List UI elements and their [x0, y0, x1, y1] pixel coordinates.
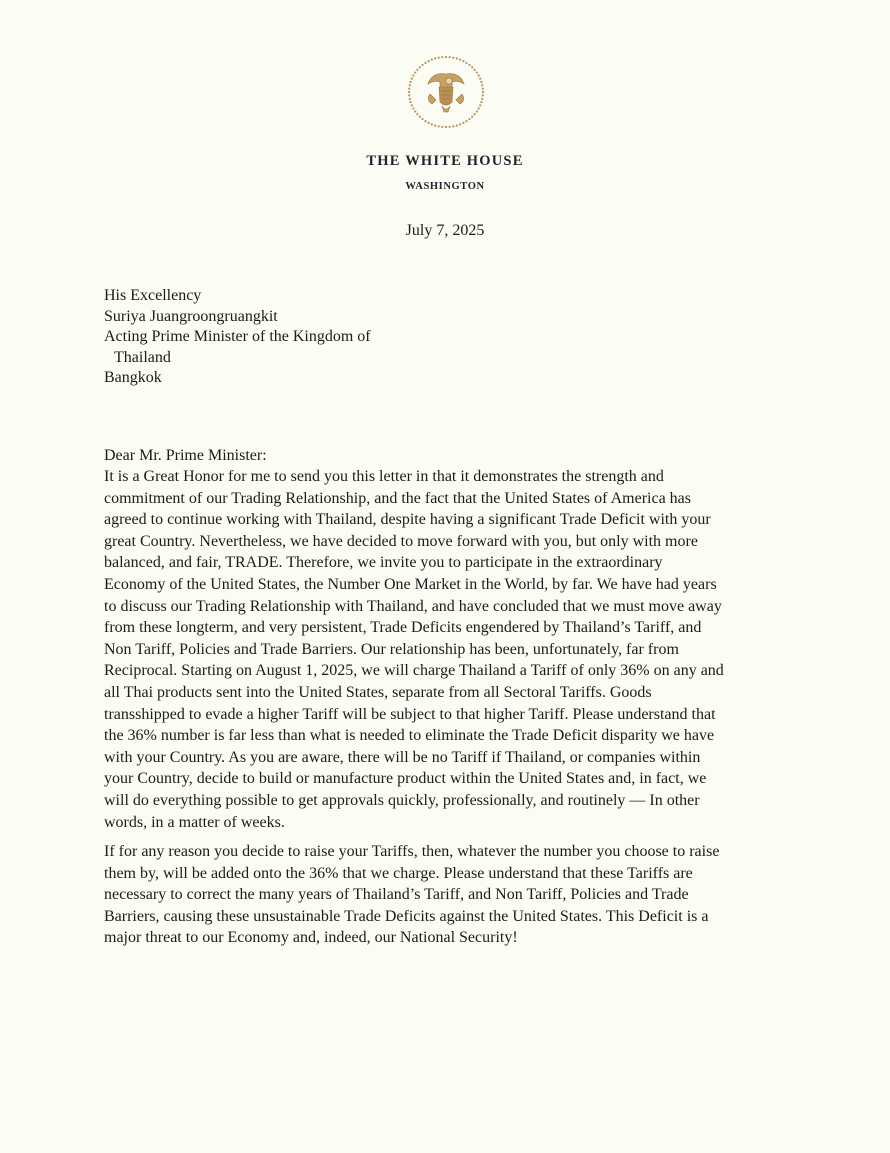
body-line: the 36% number is far less than what is … [104, 725, 824, 747]
salutation: Dear Mr. Prime Minister: [104, 446, 267, 466]
letterhead-title: THE WHITE HOUSE [0, 153, 890, 170]
body-line: commitment of our Trading Relationship, … [104, 488, 824, 510]
body-line: great Country. Nevertheless, we have dec… [104, 531, 824, 553]
body-line: necessary to correct the many years of T… [104, 884, 824, 906]
body-line: If for any reason you decide to raise yo… [104, 841, 824, 863]
body-line: with your Country. As you are aware, the… [104, 747, 824, 769]
body-line: It is a Great Honor for me to send you t… [104, 466, 824, 488]
recipient-name: Suriya Juangroongruangkit [104, 307, 371, 328]
letterhead-subtitle: WASHINGTON [0, 181, 890, 192]
body-line: Barriers, causing these unsustainable Tr… [104, 906, 824, 928]
body-line: all Thai products sent into the United S… [104, 682, 824, 704]
body-line: transshipped to evade a higher Tariff wi… [104, 704, 824, 726]
body-line: to discuss our Trading Relationship with… [104, 596, 824, 618]
body-paragraph-2: If for any reason you decide to raise yo… [104, 841, 824, 949]
body-line: will do everything possible to get appro… [104, 790, 824, 812]
recipient-city: Bangkok [104, 368, 371, 389]
body-line: agreed to continue working with Thailand… [104, 509, 824, 531]
body-line: Reciprocal. Starting on August 1, 2025, … [104, 660, 824, 682]
letter-page: THE WHITE HOUSE WASHINGTON July 7, 2025 … [0, 0, 890, 1153]
recipient-address: His Excellency Suriya Juangroongruangkit… [104, 286, 371, 389]
body-line: balanced, and fair, TRADE. Therefore, we… [104, 552, 824, 574]
letter-date: July 7, 2025 [0, 222, 890, 240]
recipient-title-continued: Thailand [104, 348, 371, 369]
body-line: them by, will be added onto the 36% that… [104, 863, 824, 885]
recipient-title: Acting Prime Minister of the Kingdom of [104, 327, 371, 348]
recipient-honorific: His Excellency [104, 286, 371, 307]
body-paragraph-1: It is a Great Honor for me to send you t… [104, 466, 824, 833]
body-line: Economy of the United States, the Number… [104, 574, 824, 596]
body-line: major threat to our Economy and, indeed,… [104, 927, 824, 949]
body-line: from these longterm, and very persistent… [104, 617, 824, 639]
body-line: your Country, decide to build or manufac… [104, 768, 824, 790]
body-line: Non Tariff, Policies and Trade Barriers.… [104, 639, 824, 661]
body-line: words, in a matter of weeks. [104, 812, 824, 834]
presidential-seal-icon [406, 54, 486, 130]
